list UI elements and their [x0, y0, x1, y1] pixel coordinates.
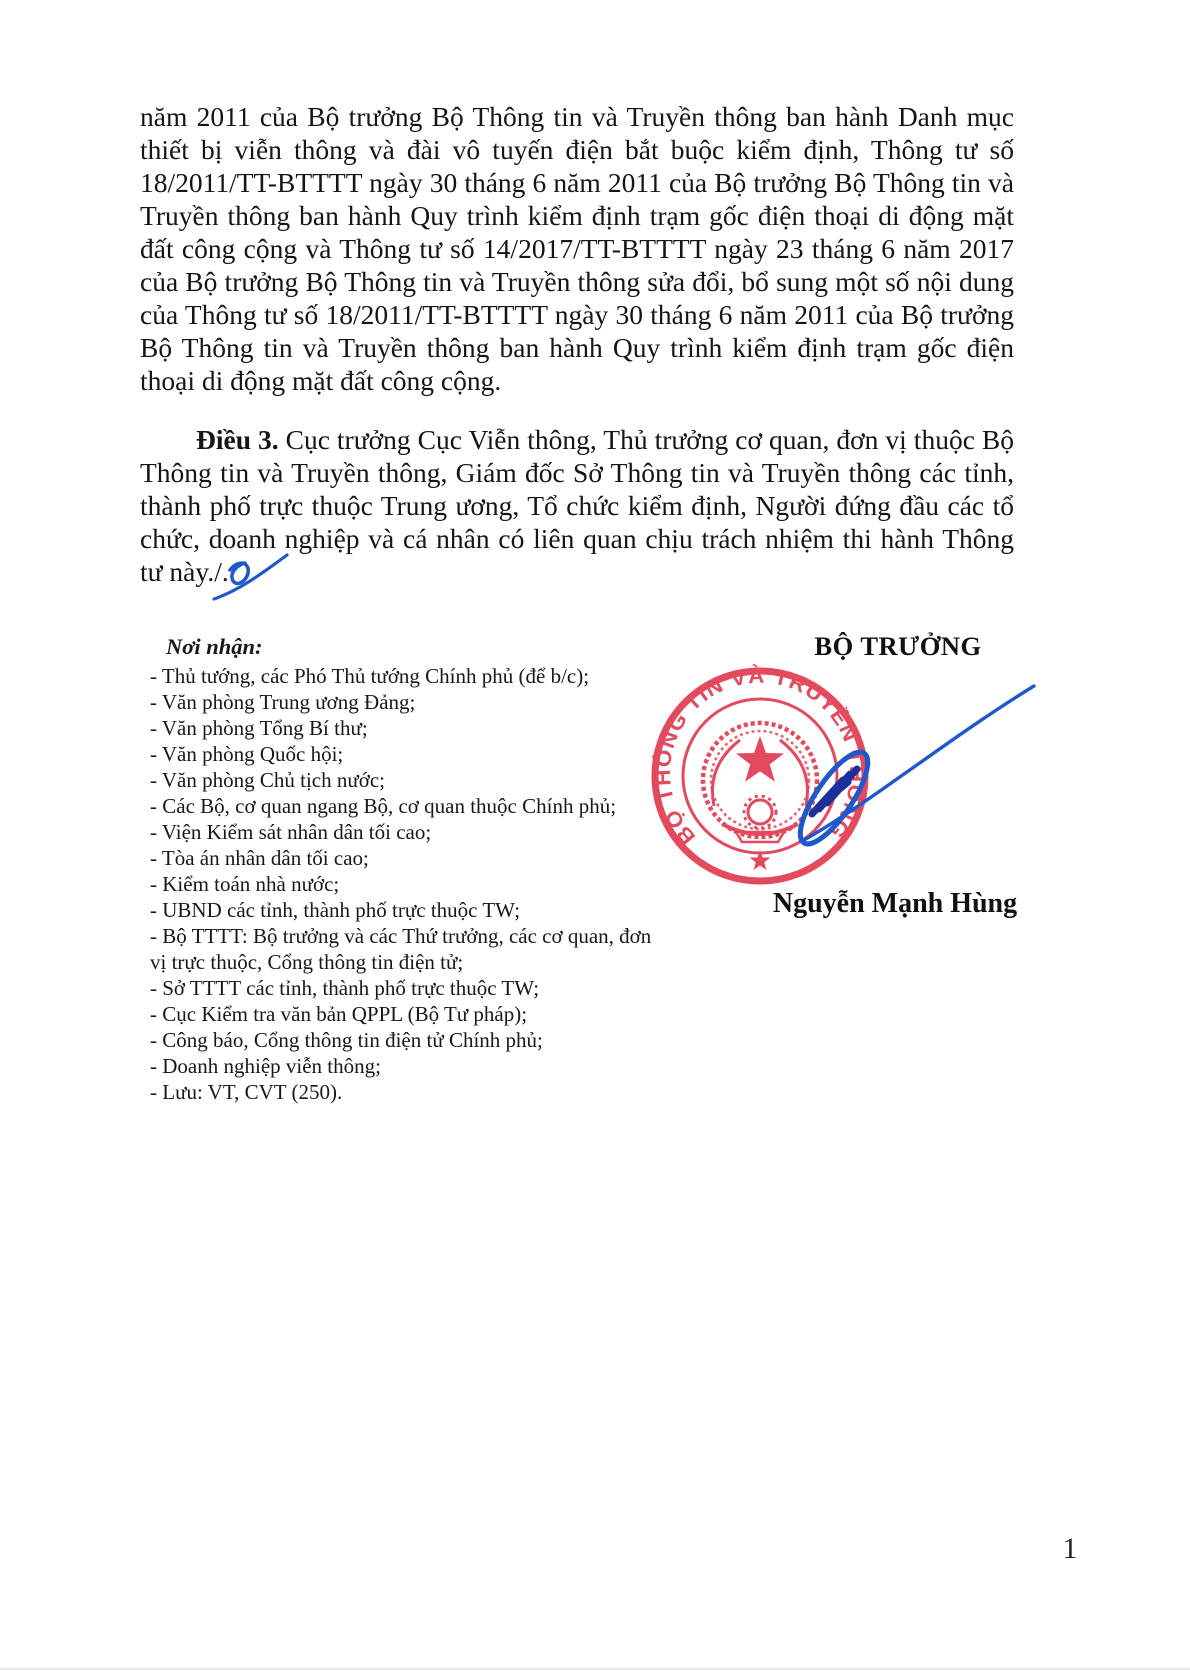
seal-center-star-icon [736, 736, 784, 782]
recipient-line: - UBND các tỉnh, thành phố trực thuộc TW… [150, 897, 710, 923]
page-number: 1 [1050, 1532, 1090, 1566]
recipient-line: - Doanh nghiệp viễn thông; [150, 1053, 710, 1079]
recipient-line: - Công báo, Cổng thông tin điện tử Chính… [150, 1027, 710, 1053]
recipient-line: - Văn phòng Quốc hội; [150, 741, 710, 767]
recipient-line: - Tòa án nhân dân tối cao; [150, 845, 710, 871]
recipient-line: - Lưu: VT, CVT (250). [150, 1079, 710, 1105]
official-seal: BỘ THÔNG TIN VÀ TRUYỀN THÔNG [648, 664, 872, 888]
recipients-block: Nơi nhận: - Thủ tướng, các Phó Thủ tướng… [150, 634, 710, 1105]
body-paragraph-continuation: năm 2011 của Bộ trưởng Bộ Thông tin và T… [140, 100, 1014, 397]
recipient-line-continuation: vị trực thuộc, Cổng thông tin điện tử; [150, 949, 710, 975]
signer-title: BỘ TRƯỞNG [748, 631, 1048, 662]
ministry-seal-graphic: BỘ THÔNG TIN VÀ TRUYỀN THÔNG [648, 664, 872, 888]
recipient-line: - Cục Kiểm tra văn bản QPPL (Bộ Tư pháp)… [150, 1001, 710, 1027]
recipient-line: - Kiểm toán nhà nước; [150, 871, 710, 897]
recipient-line: - Các Bộ, cơ quan ngang Bộ, cơ quan thuộ… [150, 793, 710, 819]
recipient-line: - Văn phòng Trung ương Đảng; [150, 689, 710, 715]
recipient-line: - Văn phòng Chủ tịch nước; [150, 767, 710, 793]
recipient-line: - Viện Kiểm sát nhân dân tối cao; [150, 819, 710, 845]
recipient-line: - Bộ TTTT: Bộ trưởng và các Thứ trưởng, … [150, 923, 710, 949]
document-page: năm 2011 của Bộ trưởng Bộ Thông tin và T… [0, 0, 1190, 1670]
signer-name: Nguyễn Mạnh Hùng [745, 888, 1045, 920]
recipient-line: - Sở TTTT các tỉnh, thành phố trực thuộc… [150, 975, 710, 1001]
recipient-line: - Thủ tướng, các Phó Thủ tướng Chính phủ… [150, 663, 710, 689]
recipient-line: - Văn phòng Tổng Bí thư; [150, 715, 710, 741]
article-3-paragraph: Điều 3. Cục trưởng Cục Viễn thông, Thủ t… [140, 423, 1014, 588]
recipients-heading: Nơi nhận: [166, 634, 710, 660]
article-3-label: Điều 3. [196, 424, 279, 455]
